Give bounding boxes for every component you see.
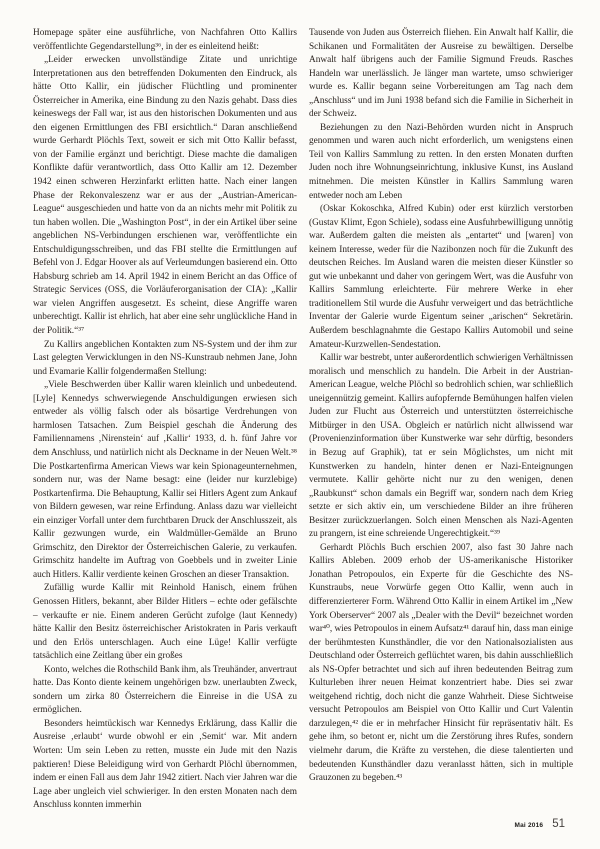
footer-page-number: 51 [552,818,565,830]
text-columns: Homepage später eine ausführliche, von N… [33,27,573,813]
paragraph: Homepage später eine ausführliche, von N… [33,27,297,54]
paragraph: (Oskar Kokoschka, Alfred Kubin) oder ers… [309,203,573,352]
paragraph: Tausende von Juden aus Österreich fliehe… [309,27,573,122]
footer-issue-date: Mai 2016 [515,822,544,829]
document-page: Homepage später eine ausführliche, von N… [0,0,600,849]
paragraph: Beziehungen zu den Nazi-Behörden wurden … [309,122,573,203]
paragraph: Konto, welches die Rothschild Bank ihm, … [33,664,297,718]
paragraph: Zu Kallirs angeblichen Kontakten zum NS-… [33,339,297,380]
paragraph: „Leider erwecken unvollständige Zitate u… [33,54,297,338]
paragraph: „Viele Beschwerden über Kallir waren kle… [33,379,297,582]
left-column: Homepage später eine ausführliche, von N… [33,27,297,813]
paragraph: Zufällig wurde Kallir mit Reinhold Hanis… [33,582,297,663]
right-column: Tausende von Juden aus Österreich fliehe… [309,27,573,813]
paragraph: Kallir war bestrebt, unter außerordentli… [309,352,573,542]
page-footer: Mai 2016 51 [515,818,566,830]
paragraph: Besonders heimtückisch war Kennedys Erkl… [33,718,297,813]
paragraph: Gerhardt Plöchls Buch erschien 2007, als… [309,542,573,786]
